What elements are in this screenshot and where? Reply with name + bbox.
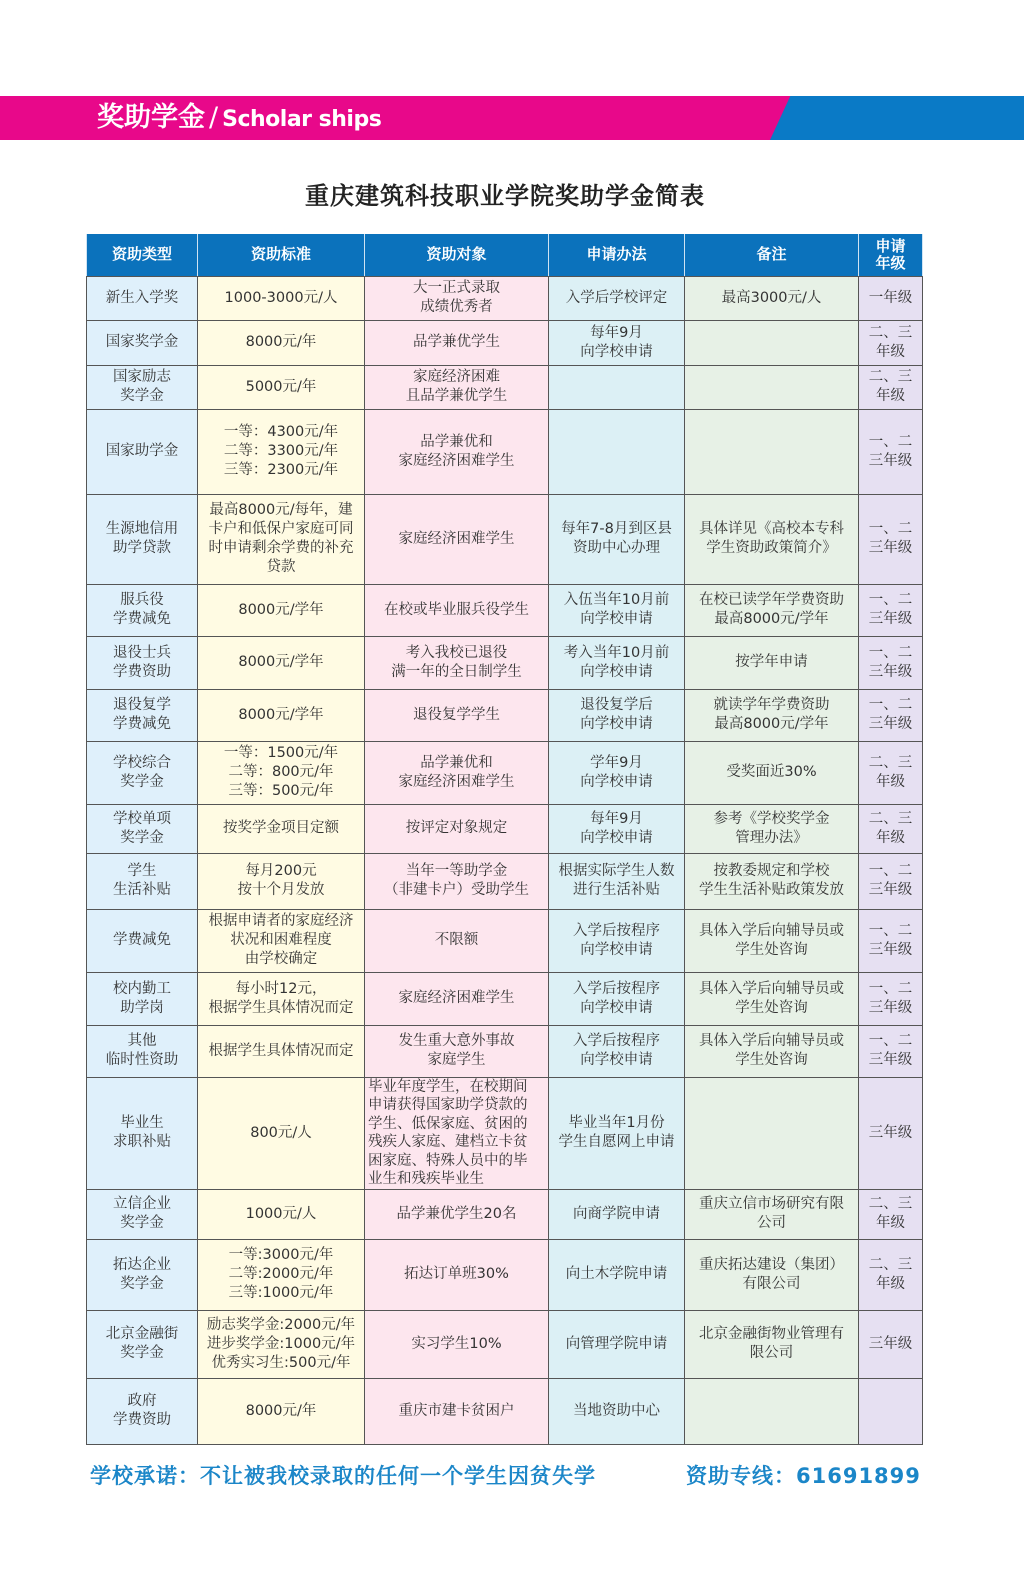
table-row: 学费减免根据申请者的家庭经济状况和困难程度由学校确定不限额入学后按程序向学校申请… <box>87 909 923 972</box>
target-cell: 毕业年度学生，在校期间申请获得国家助学贷款的学生、低保家庭、贫困的残疾人家庭、建… <box>365 1077 549 1189</box>
type-cell: 学生生活补贴 <box>87 853 198 909</box>
method-cell: 退役复学后向学校申请 <box>549 689 685 741</box>
cell-text-line: 一年级 <box>861 289 920 308</box>
cell-text-line: 二、三 <box>861 754 920 773</box>
method-cell: 向管理学院申请 <box>549 1310 685 1378</box>
cell-text-line: 北京金融街 <box>89 1325 195 1344</box>
cell-text-line: 学费减免 <box>89 715 195 734</box>
note-cell <box>685 1077 859 1189</box>
cell-text-line: 一、二 <box>861 520 920 539</box>
banner-separator: / <box>209 102 218 133</box>
cell-text-line: 新生入学奖 <box>89 289 195 308</box>
cell-text-line: 学生处咨询 <box>687 999 856 1018</box>
cell-text-line: 资助中心办理 <box>551 539 682 558</box>
note-cell: 按学年申请 <box>685 636 859 689</box>
cell-text-line: 家庭经济困难学生 <box>367 530 546 549</box>
note-cell <box>685 1378 859 1444</box>
target-cell: 品学兼优和家庭经济困难学生 <box>365 409 549 494</box>
cell-text-line: 在校已读学年学费资助 <box>687 591 856 610</box>
cell-text-line: 有限公司 <box>687 1275 856 1294</box>
type-cell: 北京金融街奖学金 <box>87 1310 198 1378</box>
method-cell: 入伍当年10月前向学校申请 <box>549 584 685 636</box>
cell-text-line: 生活补贴 <box>89 881 195 900</box>
note-cell: 参考《学校奖学金管理办法》 <box>685 804 859 853</box>
type-cell: 校内勤工助学岗 <box>87 972 198 1025</box>
cell-text-line: 一、二 <box>861 696 920 715</box>
cell-text-line: 立信企业 <box>89 1195 195 1214</box>
cell-text-line: 奖学金 <box>89 1344 195 1363</box>
cell-text-line: 政府 <box>89 1392 195 1411</box>
cell-text-line: 向学校申请 <box>551 829 682 848</box>
type-cell: 其他临时性资助 <box>87 1025 198 1077</box>
table-row: 退役复学学费减免8000元/学年退役复学学生退役复学后向学校申请就读学年学费资助… <box>87 689 923 741</box>
cell-text-line: 入学后按程序 <box>551 1032 682 1051</box>
cell-text-line: 具体详见《高校本专科 <box>687 520 856 539</box>
cell-text-line: 学费资助 <box>89 1411 195 1430</box>
cell-text-line: 向管理学院申请 <box>551 1335 682 1354</box>
section-banner: 奖助学金/Scholar ships <box>0 96 1024 140</box>
cell-text-line: 最高8000元/学年 <box>687 610 856 629</box>
cell-text-line: 业生和残疾毕业生 <box>368 1170 546 1189</box>
type-cell: 学费减免 <box>87 909 198 972</box>
cell-text-line: 二等：3300元/年 <box>200 442 362 461</box>
cell-text-line: 5000元/年 <box>200 378 362 397</box>
type-cell: 国家奖学金 <box>87 320 198 365</box>
cell-text-line: 三年级 <box>861 999 920 1018</box>
cell-text-line: 一、二 <box>861 644 920 663</box>
cell-text-line: 学校综合 <box>89 754 195 773</box>
cell-text-line: 向学校申请 <box>551 1051 682 1070</box>
cell-text-line: 三年级 <box>861 1335 920 1354</box>
cell-text-line: 一等：1500元/年 <box>200 744 362 763</box>
cell-text-line: 三等:1000元/年 <box>200 1284 362 1303</box>
cell-text-line: 向学校申请 <box>551 610 682 629</box>
cell-text-line: 管理办法》 <box>687 829 856 848</box>
cell-text-line: 入伍当年10月前 <box>551 591 682 610</box>
method-cell: 入学后学校评定 <box>549 276 685 320</box>
cell-text-line: 满一年的全日制学生 <box>367 663 546 682</box>
type-cell: 国家励志奖学金 <box>87 365 198 409</box>
cell-text-line: 三年级 <box>861 715 920 734</box>
cell-text-line: 一、二 <box>861 591 920 610</box>
grade-cell: 一、二三年级 <box>859 584 923 636</box>
method-cell: 每年9月向学校申请 <box>549 320 685 365</box>
cell-text-line: 在校或毕业服兵役学生 <box>367 601 546 620</box>
cell-text-line: 发生重大意外事故 <box>367 1032 546 1051</box>
target-cell: 不限额 <box>365 909 549 972</box>
method-cell: 入学后按程序向学校申请 <box>549 909 685 972</box>
cell-text-line: 退役复学 <box>89 696 195 715</box>
method-cell: 入学后按程序向学校申请 <box>549 1025 685 1077</box>
standard-cell: 800元/人 <box>198 1077 365 1189</box>
cell-text-line: 1000-3000元/人 <box>200 289 362 308</box>
cell-text-line: 二、三 <box>861 368 920 387</box>
cell-text-line: 三年级 <box>861 941 920 960</box>
cell-text-line: （非建卡户）受助学生 <box>367 881 546 900</box>
cell-text-line: 成绩优秀者 <box>367 298 546 317</box>
cell-text-line: 学费减免 <box>89 931 195 950</box>
cell-text-line: 年级 <box>861 829 920 848</box>
type-cell: 国家助学金 <box>87 409 198 494</box>
target-cell: 发生重大意外事故家庭学生 <box>365 1025 549 1077</box>
type-cell: 退役士兵学费资助 <box>87 636 198 689</box>
cell-text-line: 二等:2000元/年 <box>200 1265 362 1284</box>
note-cell: 北京金融街物业管理有限公司 <box>685 1310 859 1378</box>
cell-text-line: 三等：2300元/年 <box>200 461 362 480</box>
header-standard: 资助标准 <box>198 234 365 276</box>
cell-text-line: 向学校申请 <box>551 999 682 1018</box>
method-cell: 入学后按程序向学校申请 <box>549 972 685 1025</box>
cell-text-line: 国家助学金 <box>89 442 195 461</box>
grade-cell: 一、二三年级 <box>859 409 923 494</box>
cell-text-line: 向学校申请 <box>551 715 682 734</box>
cell-text-line: 根据学生具体情况而定 <box>200 1042 362 1061</box>
scholarship-table: 资助类型 资助标准 资助对象 申请办法 备注 申请年级 新生入学奖1000-30… <box>86 234 923 1445</box>
table-header-row: 资助类型 资助标准 资助对象 申请办法 备注 申请年级 <box>87 234 923 276</box>
standard-cell: 8000元/年 <box>198 320 365 365</box>
grade-cell: 一年级 <box>859 276 923 320</box>
cell-text-line: 年级 <box>861 1275 920 1294</box>
note-cell <box>685 409 859 494</box>
cell-text-line: 临时性资助 <box>89 1051 195 1070</box>
cell-text-line: 每年7-8月到区县 <box>551 520 682 539</box>
standard-cell: 每月200元按十个月发放 <box>198 853 365 909</box>
cell-text-line: 拓达订单班30% <box>367 1265 546 1284</box>
table-row: 服兵役学费减免8000元/学年在校或毕业服兵役学生入伍当年10月前向学校申请在校… <box>87 584 923 636</box>
cell-text-line: 奖学金 <box>89 387 195 406</box>
grade-cell: 一、二三年级 <box>859 494 923 584</box>
note-cell: 具体入学后向辅导员或学生处咨询 <box>685 1025 859 1077</box>
document-title: 重庆建筑科技职业学院奖助学金简表 <box>0 176 1010 211</box>
cell-text-line: 考入我校已退役 <box>367 644 546 663</box>
note-cell: 重庆立信市场研究有限公司 <box>685 1189 859 1239</box>
grade-cell: 一、二三年级 <box>859 853 923 909</box>
banner-title-cn: 奖助学金 <box>97 102 205 133</box>
cell-text-line: 品学兼优学生 <box>367 333 546 352</box>
cell-text-line: 向商学院申请 <box>551 1205 682 1224</box>
cell-text-line: 入学后按程序 <box>551 922 682 941</box>
cell-text-line: 一、二 <box>861 922 920 941</box>
grade-cell: 二、三年级 <box>859 365 923 409</box>
grade-cell: 二、三年级 <box>859 741 923 804</box>
cell-text-line: 毕业年度学生，在校期间 <box>368 1078 546 1097</box>
cell-text-line: 品学兼优学生20名 <box>367 1205 546 1224</box>
target-cell: 大一正式录取成绩优秀者 <box>365 276 549 320</box>
cell-text-line: 学生 <box>89 862 195 881</box>
cell-text-line: 服兵役 <box>89 591 195 610</box>
header-type: 资助类型 <box>87 234 198 276</box>
cell-text-line: 向学校申请 <box>551 773 682 792</box>
table-row: 校内勤工助学岗每小时12元，根据学生具体情况而定家庭经济困难学生入学后按程序向学… <box>87 972 923 1025</box>
target-cell: 按评定对象规定 <box>365 804 549 853</box>
target-cell: 拓达订单班30% <box>365 1239 549 1310</box>
table-row: 学校单项奖学金按奖学金项目定额按评定对象规定每年9月向学校申请参考《学校奖学金管… <box>87 804 923 853</box>
target-cell: 品学兼优和家庭经济困难学生 <box>365 741 549 804</box>
note-cell: 重庆拓达建设（集团）有限公司 <box>685 1239 859 1310</box>
cell-text-line: 状况和困难程度 <box>200 931 362 950</box>
type-cell: 学校单项奖学金 <box>87 804 198 853</box>
table-row: 立信企业奖学金1000元/人品学兼优学生20名向商学院申请重庆立信市场研究有限公… <box>87 1189 923 1239</box>
cell-text-line: 8000元/学年 <box>200 706 362 725</box>
cell-text-line: 8000元/学年 <box>200 601 362 620</box>
method-cell <box>549 365 685 409</box>
cell-text-line: 奖学金 <box>89 1214 195 1233</box>
standard-cell: 1000元/人 <box>198 1189 365 1239</box>
table-row: 政府学费资助8000元/年重庆市建卡贫困户当地资助中心 <box>87 1378 923 1444</box>
cell-text-line: 家庭经济困难 <box>367 368 546 387</box>
table-row: 国家助学金一等：4300元/年二等：3300元/年三等：2300元/年品学兼优和… <box>87 409 923 494</box>
cell-text-line: 申请获得国家助学贷款的 <box>368 1096 546 1115</box>
cell-text-line: 大一正式录取 <box>367 279 546 298</box>
cell-text-line: 入学后按程序 <box>551 980 682 999</box>
cell-text-line: 实习学生10% <box>367 1335 546 1354</box>
table-row: 拓达企业奖学金一等:3000元/年二等:2000元/年三等:1000元/年拓达订… <box>87 1239 923 1310</box>
cell-text-line: 具体入学后向辅导员或 <box>687 922 856 941</box>
target-cell: 当年一等助学金（非建卡户）受助学生 <box>365 853 549 909</box>
cell-text-line: 学费减免 <box>89 610 195 629</box>
cell-text-line: 一、二 <box>861 433 920 452</box>
cell-text-line: 年级 <box>861 1214 920 1233</box>
standard-cell: 一等：1500元/年二等：800元/年三等：500元/年 <box>198 741 365 804</box>
table-row: 国家励志奖学金5000元/年家庭经济困难且品学兼优学生二、三年级 <box>87 365 923 409</box>
target-cell: 考入我校已退役满一年的全日制学生 <box>365 636 549 689</box>
cell-text-line: 二、三 <box>861 810 920 829</box>
cell-text-line: 家庭经济困难学生 <box>367 989 546 1008</box>
cell-text-line: 优秀实习生:500元/年 <box>200 1354 362 1373</box>
note-cell: 最高3000元/人 <box>685 276 859 320</box>
cell-text-line: 进行生活补贴 <box>551 881 682 900</box>
cell-text-line: 向学校申请 <box>551 663 682 682</box>
table-body: 新生入学奖1000-3000元/人大一正式录取成绩优秀者入学后学校评定最高300… <box>87 276 923 1444</box>
cell-text-line: 退役士兵 <box>89 644 195 663</box>
cell-text-line: 向土木学院申请 <box>551 1265 682 1284</box>
table-row: 学校综合奖学金一等：1500元/年二等：800元/年三等：500元/年品学兼优和… <box>87 741 923 804</box>
cell-text-line: 参考《学校奖学金 <box>687 810 856 829</box>
standard-cell: 5000元/年 <box>198 365 365 409</box>
note-cell: 就读学年学费资助最高8000元/学年 <box>685 689 859 741</box>
grade-cell: 二、三年级 <box>859 1189 923 1239</box>
grade-cell: 一、二三年级 <box>859 972 923 1025</box>
standard-cell: 根据学生具体情况而定 <box>198 1025 365 1077</box>
cell-text-line: 年级 <box>861 343 920 362</box>
type-cell: 退役复学学费减免 <box>87 689 198 741</box>
cell-text-line: 家庭经济困难学生 <box>367 452 546 471</box>
cell-text-line: 学生自愿网上申请 <box>551 1133 682 1152</box>
cell-text-line: 助学贷款 <box>89 539 195 558</box>
cell-text-line: 学生、低保家庭、贫困的 <box>368 1115 546 1134</box>
cell-text-line: 奖学金 <box>89 773 195 792</box>
cell-text-line: 1000元/人 <box>200 1205 362 1224</box>
cell-text-line: 三年级 <box>861 1051 920 1070</box>
standard-cell: 每小时12元，根据学生具体情况而定 <box>198 972 365 1025</box>
cell-text-line: 每年9月 <box>551 810 682 829</box>
cell-text-line: 由学校确定 <box>200 950 362 969</box>
cell-text-line: 重庆拓达建设（集团） <box>687 1256 856 1275</box>
cell-text-line: 考入当年10月前 <box>551 644 682 663</box>
note-cell: 在校已读学年学费资助最高8000元/学年 <box>685 584 859 636</box>
header-grade-label: 申请年级 <box>874 238 908 272</box>
cell-text-line: 三年级 <box>861 663 920 682</box>
cell-text-line: 学生资助政策简介》 <box>687 539 856 558</box>
note-cell: 受奖面近30% <box>685 741 859 804</box>
cell-text-line: 根据学生具体情况而定 <box>200 999 362 1018</box>
grade-cell: 二、三年级 <box>859 320 923 365</box>
method-cell <box>549 409 685 494</box>
banner-title-en: Scholar ships <box>222 107 381 132</box>
cell-text-line: 按奖学金项目定额 <box>200 819 362 838</box>
cell-text-line: 三年级 <box>861 539 920 558</box>
cell-text-line: 拓达企业 <box>89 1256 195 1275</box>
grade-cell: 一、二三年级 <box>859 689 923 741</box>
header-grade: 申请年级 <box>859 234 923 276</box>
table-row: 新生入学奖1000-3000元/人大一正式录取成绩优秀者入学后学校评定最高300… <box>87 276 923 320</box>
target-cell: 品学兼优学生20名 <box>365 1189 549 1239</box>
cell-text-line: 学生处咨询 <box>687 1051 856 1070</box>
cell-text-line: 二、三 <box>861 1195 920 1214</box>
cell-text-line: 按学年申请 <box>687 653 856 672</box>
cell-text-line: 按十个月发放 <box>200 881 362 900</box>
grade-cell <box>859 1378 923 1444</box>
cell-text-line: 根据申请者的家庭经济 <box>200 912 362 931</box>
table-row: 北京金融街奖学金励志奖学金:2000元/年进步奖学金:1000元/年优秀实习生:… <box>87 1310 923 1378</box>
standard-cell: 一等：4300元/年二等：3300元/年三等：2300元/年 <box>198 409 365 494</box>
standard-cell: 根据申请者的家庭经济状况和困难程度由学校确定 <box>198 909 365 972</box>
type-cell: 新生入学奖 <box>87 276 198 320</box>
cell-text-line: 最高8000元/每年，建 <box>200 501 362 520</box>
cell-text-line: 按教委规定和学校 <box>687 862 856 881</box>
cell-text-line: 一、二 <box>861 980 920 999</box>
method-cell: 向土木学院申请 <box>549 1239 685 1310</box>
target-cell: 品学兼优学生 <box>365 320 549 365</box>
note-cell <box>685 320 859 365</box>
cell-text-line: 年级 <box>861 387 920 406</box>
header-target: 资助对象 <box>365 234 549 276</box>
method-cell: 根据实际学生人数进行生活补贴 <box>549 853 685 909</box>
school-promise: 学校承诺：不让被我校录取的任何一个学生因贫失学 <box>90 1460 596 1490</box>
cell-text-line: 每月200元 <box>200 862 362 881</box>
cell-text-line: 最高3000元/人 <box>687 289 856 308</box>
standard-cell: 8000元/年 <box>198 1378 365 1444</box>
note-cell: 按教委规定和学校学生生活补贴政策发放 <box>685 853 859 909</box>
target-cell: 退役复学学生 <box>365 689 549 741</box>
note-cell: 具体入学后向辅导员或学生处咨询 <box>685 909 859 972</box>
type-cell: 政府学费资助 <box>87 1378 198 1444</box>
cell-text-line: 毕业当年1月份 <box>551 1114 682 1133</box>
cell-text-line: 其他 <box>89 1032 195 1051</box>
cell-text-line: 国家励志 <box>89 368 195 387</box>
cell-text-line: 向学校申请 <box>551 343 682 362</box>
type-cell: 学校综合奖学金 <box>87 741 198 804</box>
standard-cell: 按奖学金项目定额 <box>198 804 365 853</box>
table-row: 生源地信用助学贷款最高8000元/每年，建卡户和低保户家庭可同时申请剩余学费的补… <box>87 494 923 584</box>
cell-text-line: 800元/人 <box>200 1124 362 1143</box>
banner-title: 奖助学金/Scholar ships <box>97 101 381 137</box>
cell-text-line: 入学后学校评定 <box>551 289 682 308</box>
cell-text-line: 当年一等助学金 <box>367 862 546 881</box>
cell-text-line: 学生处咨询 <box>687 941 856 960</box>
standard-cell: 1000-3000元/人 <box>198 276 365 320</box>
cell-text-line: 奖学金 <box>89 829 195 848</box>
cell-text-line: 每年9月 <box>551 324 682 343</box>
method-cell: 当地资助中心 <box>549 1378 685 1444</box>
grade-cell: 三年级 <box>859 1310 923 1378</box>
cell-text-line: 北京金融街物业管理有 <box>687 1325 856 1344</box>
cell-text-line: 三等：500元/年 <box>200 782 362 801</box>
cell-text-line: 退役复学后 <box>551 696 682 715</box>
cell-text-line: 具体入学后向辅导员或 <box>687 1032 856 1051</box>
grade-cell: 一、二三年级 <box>859 636 923 689</box>
cell-text-line: 每小时12元， <box>200 980 362 999</box>
target-cell: 实习学生10% <box>365 1310 549 1378</box>
table-row: 毕业生求职补贴800元/人毕业年度学生，在校期间申请获得国家助学贷款的学生、低保… <box>87 1077 923 1189</box>
note-cell <box>685 365 859 409</box>
cell-text-line: 品学兼优和 <box>367 754 546 773</box>
table-row: 国家奖学金8000元/年品学兼优学生每年9月向学校申请二、三年级 <box>87 320 923 365</box>
target-cell: 在校或毕业服兵役学生 <box>365 584 549 636</box>
cell-text-line: 8000元/年 <box>200 333 362 352</box>
cell-text-line: 公司 <box>687 1214 856 1233</box>
cell-text-line: 进步奖学金:1000元/年 <box>200 1335 362 1354</box>
target-cell: 家庭经济困难学生 <box>365 972 549 1025</box>
grade-cell: 一、二三年级 <box>859 909 923 972</box>
cell-text-line: 且品学兼优学生 <box>367 387 546 406</box>
target-cell: 家庭经济困难且品学兼优学生 <box>365 365 549 409</box>
header-note: 备注 <box>685 234 859 276</box>
standard-cell: 8000元/学年 <box>198 689 365 741</box>
cell-text-line: 就读学年学费资助 <box>687 696 856 715</box>
cell-text-line: 三年级 <box>861 610 920 629</box>
grade-cell: 一、二三年级 <box>859 1025 923 1077</box>
banner-blue-band <box>770 96 1024 140</box>
cell-text-line: 困家庭、特殊人员中的毕 <box>368 1152 546 1171</box>
cell-text-line: 向学校申请 <box>551 941 682 960</box>
standard-cell: 8000元/学年 <box>198 584 365 636</box>
cell-text-line: 具体入学后向辅导员或 <box>687 980 856 999</box>
cell-text-line: 三年级 <box>861 881 920 900</box>
table-row: 退役士兵学费资助8000元/学年考入我校已退役满一年的全日制学生考入当年10月前… <box>87 636 923 689</box>
cell-text-line: 8000元/学年 <box>200 653 362 672</box>
method-cell: 每年7-8月到区县资助中心办理 <box>549 494 685 584</box>
cell-text-line: 助学岗 <box>89 999 195 1018</box>
cell-text-line: 二、三 <box>861 324 920 343</box>
cell-text-line: 学年9月 <box>551 754 682 773</box>
cell-text-line: 根据实际学生人数 <box>551 862 682 881</box>
cell-text-line: 一等：4300元/年 <box>200 423 362 442</box>
cell-text-line: 重庆立信市场研究有限 <box>687 1195 856 1214</box>
cell-text-line: 退役复学学生 <box>367 706 546 725</box>
type-cell: 服兵役学费减免 <box>87 584 198 636</box>
cell-text-line: 励志奖学金:2000元/年 <box>200 1316 362 1335</box>
cell-text-line: 三年级 <box>861 1124 920 1143</box>
cell-text-line: 一等:3000元/年 <box>200 1246 362 1265</box>
standard-cell: 励志奖学金:2000元/年进步奖学金:1000元/年优秀实习生:500元/年 <box>198 1310 365 1378</box>
cell-text-line: 求职补贴 <box>89 1133 195 1152</box>
cell-text-line: 贷款 <box>200 558 362 577</box>
grade-cell: 二、三年级 <box>859 1239 923 1310</box>
method-cell: 每年9月向学校申请 <box>549 804 685 853</box>
cell-text-line: 不限额 <box>367 931 546 950</box>
header-method: 申请办法 <box>549 234 685 276</box>
cell-text-line: 当地资助中心 <box>551 1402 682 1421</box>
cell-text-line: 时申请剩余学费的补充 <box>200 539 362 558</box>
cell-text-line: 最高8000元/学年 <box>687 715 856 734</box>
type-cell: 立信企业奖学金 <box>87 1189 198 1239</box>
cell-text-line: 学费资助 <box>89 663 195 682</box>
method-cell: 学年9月向学校申请 <box>549 741 685 804</box>
cell-text-line: 学生生活补贴政策发放 <box>687 881 856 900</box>
cell-text-line: 重庆市建卡贫困户 <box>367 1402 546 1421</box>
cell-text-line: 品学兼优和 <box>367 433 546 452</box>
